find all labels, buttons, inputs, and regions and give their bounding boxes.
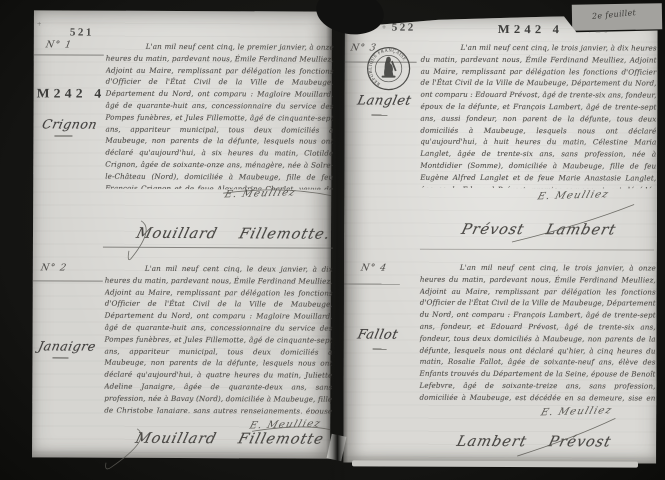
margin-name-underline [373,349,387,350]
witness-signatures: LambertPrévost [417,418,617,467]
witness-signatures: PrévostLambert [422,206,622,255]
margin-surname: Langlet [356,94,413,109]
margin-surname: Janaigre [37,338,98,353]
margin-name-underline [54,135,72,136]
margin-rule [33,280,103,281]
act-number: N° 1 [45,39,73,50]
witness-signature: Prévost [547,434,614,450]
witness-signature: Lambert [544,222,618,238]
death-act-text: L'an mil neuf cent cinq, le trois janvie… [419,262,656,407]
page-number-521: 521 [70,27,94,39]
officer-signature: E. Meulliez [536,189,610,202]
republique-francaise-seal: RÉPUBLIQUE FRANÇAISE [365,45,413,93]
archive-stamp: M242 4 [37,85,106,101]
witness-signature: Lambert [455,434,529,450]
witness-signatures: MouillardFillemotte. [97,210,336,259]
collation-mark: + [382,23,387,32]
register-scan: 2e feuillet + 521 N° 1 M242 4 Crignon L'… [0,0,665,480]
witness-signature: Fillemotte. [237,226,332,242]
seated-marianne-figure [382,57,397,78]
archive-stamp: M242 4 [498,22,563,37]
death-act-text: L'an mil neuf cent cinq, le trois janvie… [420,42,657,189]
officer-signature: E. Meulliez [223,187,297,200]
margin-name-underline [52,357,68,358]
margin-rule [34,54,104,55]
book-gutter [326,0,348,480]
margin-surname: Crignon [41,116,99,131]
margin-surname: Fallot [356,328,400,343]
death-act-text: L'an mil neuf cent cinq, le premier janv… [105,41,334,190]
act-number: N° 4 [360,263,388,274]
right-page: + 522 M242 4 726 N° 3 RÉPUBLIQUE FRANÇAI… [343,15,658,463]
collation-mark: + [37,19,42,28]
officer-signature: E. Meulliez [248,418,322,431]
witness-signature: Fillemotte – [236,431,339,447]
act-number: N° 2 [40,262,68,273]
death-act-text: L'an mil neuf cent cinq, le deux janvier… [104,263,333,414]
margin-rule [344,283,400,284]
witness-signature: Mouillard [134,431,219,447]
margin-name-underline [371,115,387,116]
officer-signature: E. Meulliez [539,405,613,418]
page-number-522: 522 [392,22,416,34]
page-stack-edge [352,460,638,467]
witness-signature: Prévost [460,222,527,238]
left-page: + 521 N° 1 M242 4 Crignon L'an mil neuf … [32,10,332,458]
witness-signature: Mouillard [135,226,220,242]
